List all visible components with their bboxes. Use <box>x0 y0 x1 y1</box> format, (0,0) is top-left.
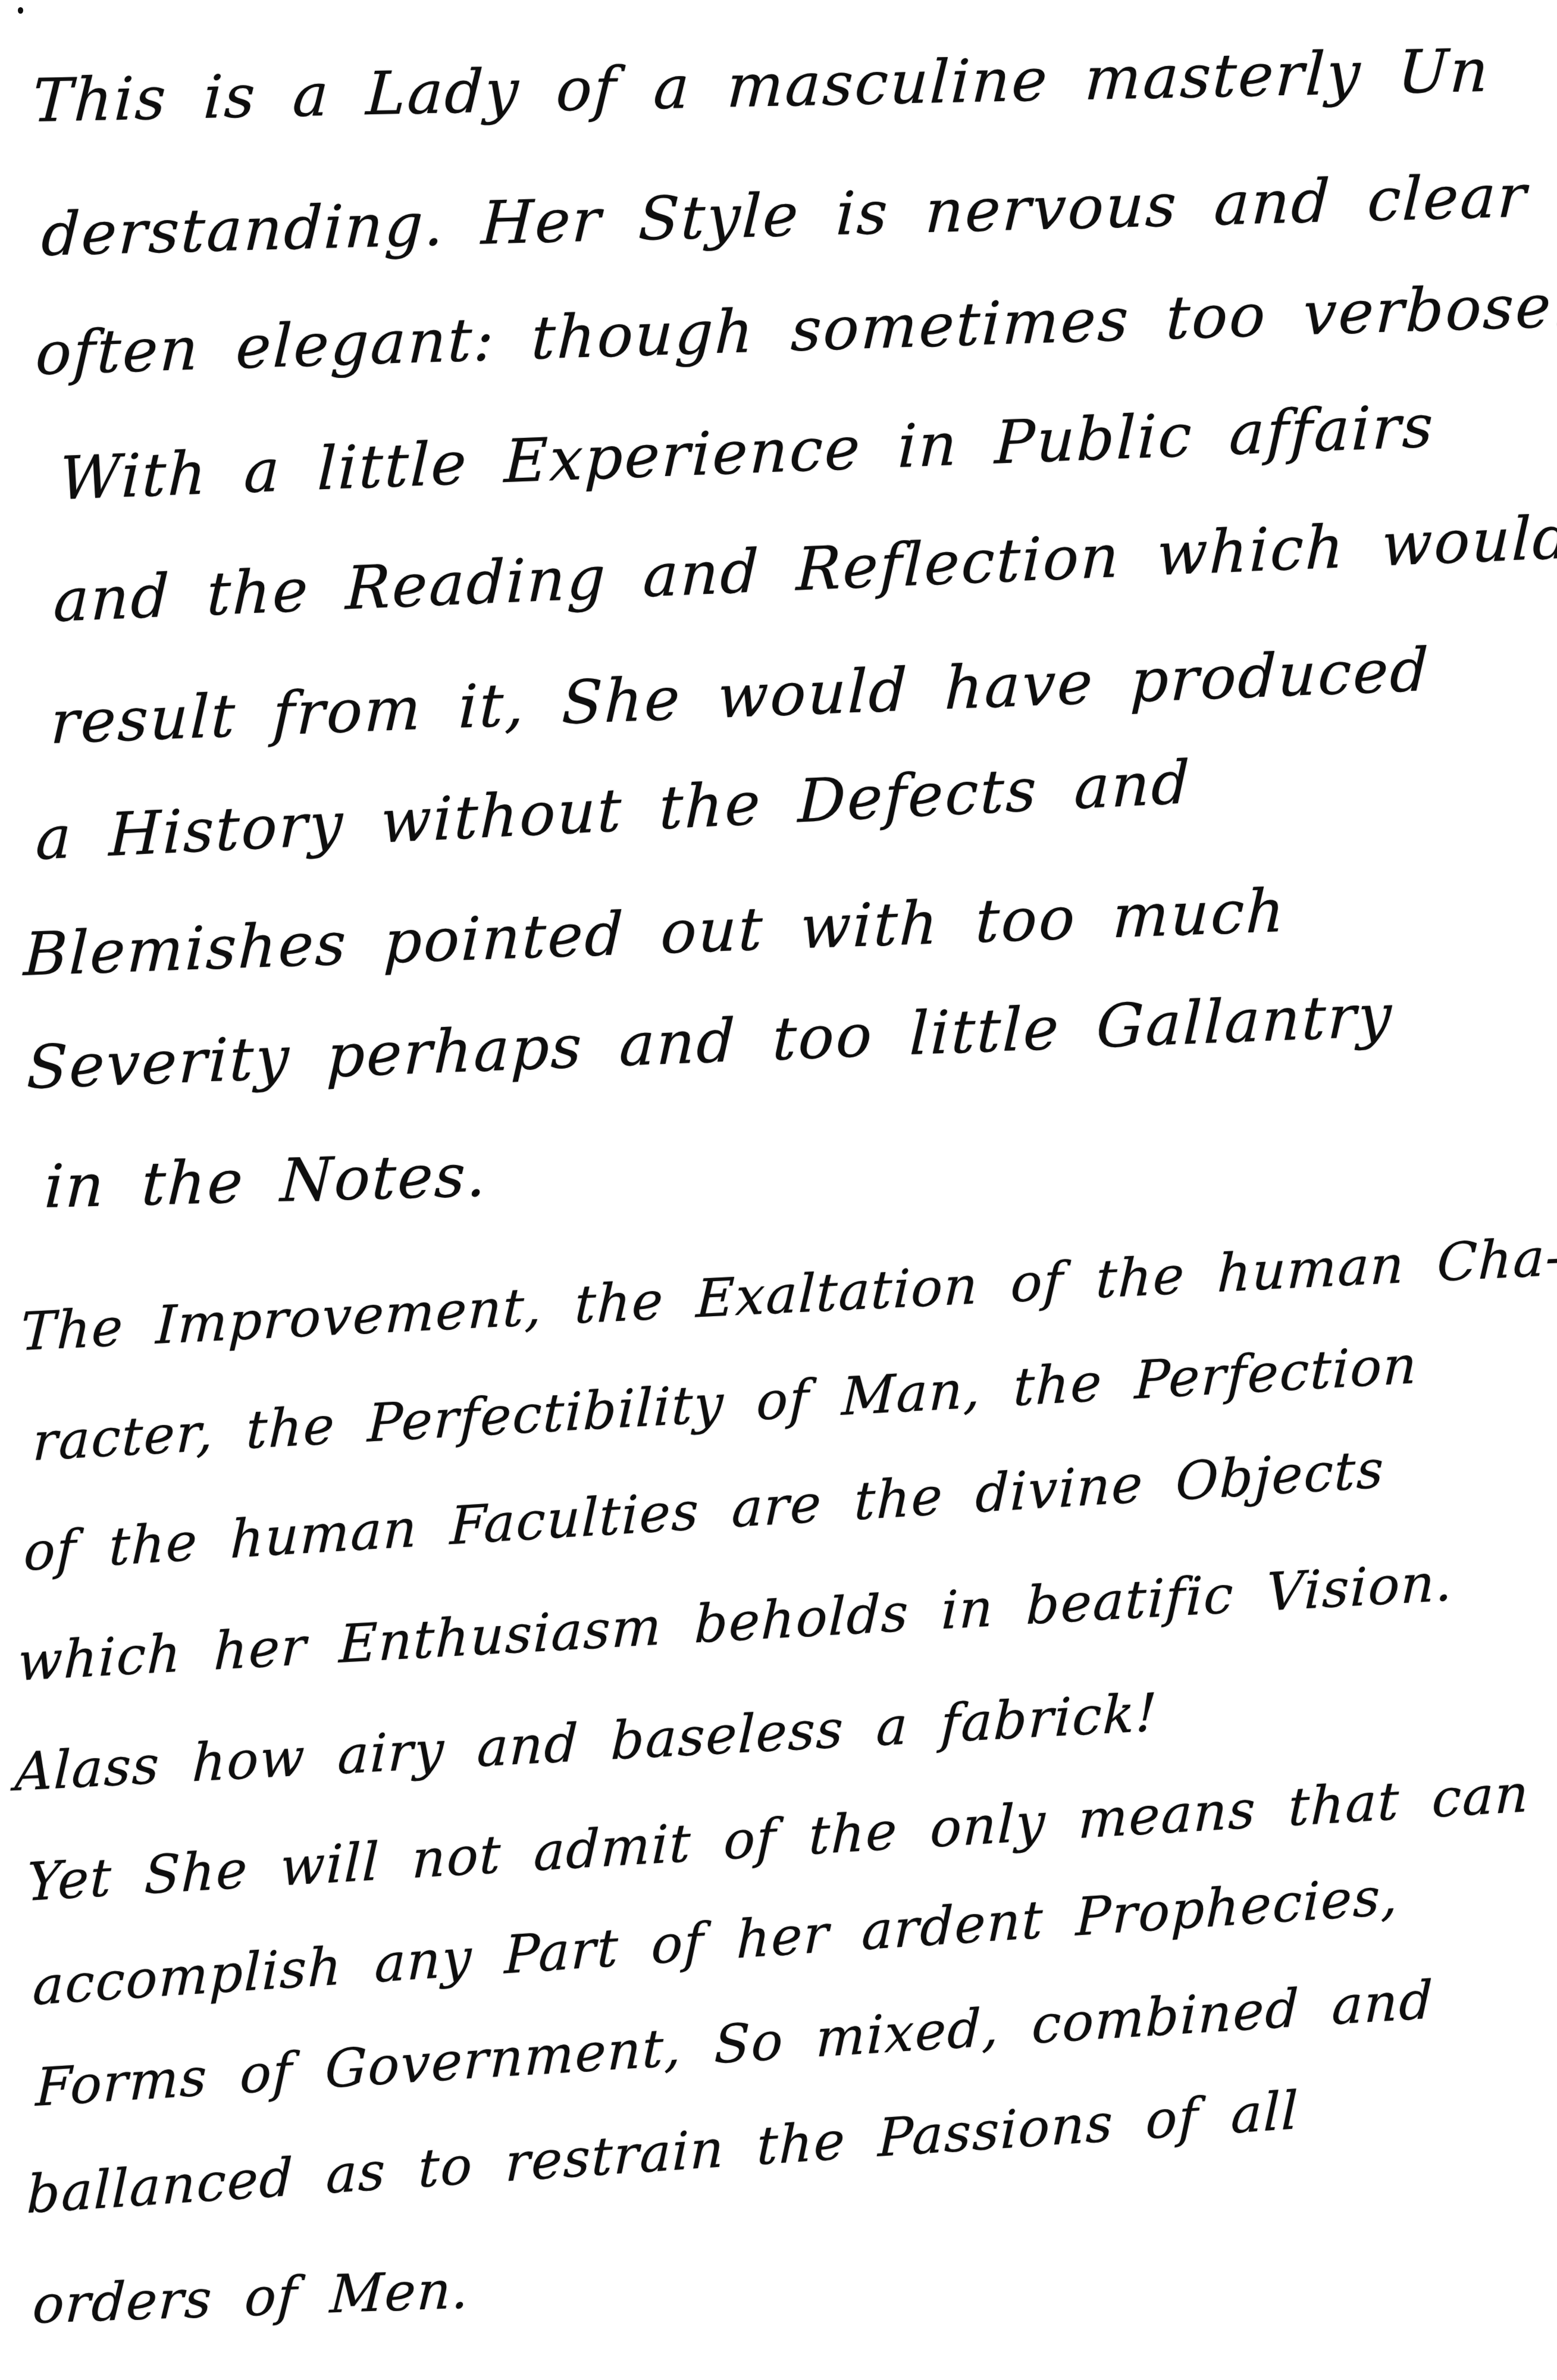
handwritten-line: which her Enthusiasm beholds in beatific… <box>17 1556 1455 1689</box>
manuscript-page: This is a Lady of a masculine masterly U… <box>0 0 1557 2380</box>
handwritten-line: in the Notes. <box>43 1145 489 1217</box>
handwritten-line: of the human Faculties are the divine Ob… <box>23 1443 1385 1579</box>
handwritten-line: orders of Men. <box>32 2263 471 2331</box>
handwritten-line: Blemishes pointed out with too much <box>23 881 1287 985</box>
handwritten-line: often elegant: though sometimes too verb… <box>35 276 1557 384</box>
handwritten-line: This is a Lady of a masculine masterly U… <box>32 41 1492 131</box>
handwritten-line: a History without the Defects and <box>35 753 1192 869</box>
handwritten-line: derstanding. Her Style is nervous and cl… <box>40 167 1529 265</box>
handwritten-line: With a little Experience in Public affai… <box>58 396 1435 509</box>
ink-speck <box>18 7 23 14</box>
handwritten-line: Alass how airy and baseless a fabrick! <box>14 1686 1158 1799</box>
handwritten-line: result from it, She would have produced <box>49 640 1430 753</box>
handwritten-line: and the Reading and Reflection which wou… <box>53 508 1557 631</box>
handwritten-line: Severity perhaps and too little Gallantr… <box>26 986 1394 1098</box>
